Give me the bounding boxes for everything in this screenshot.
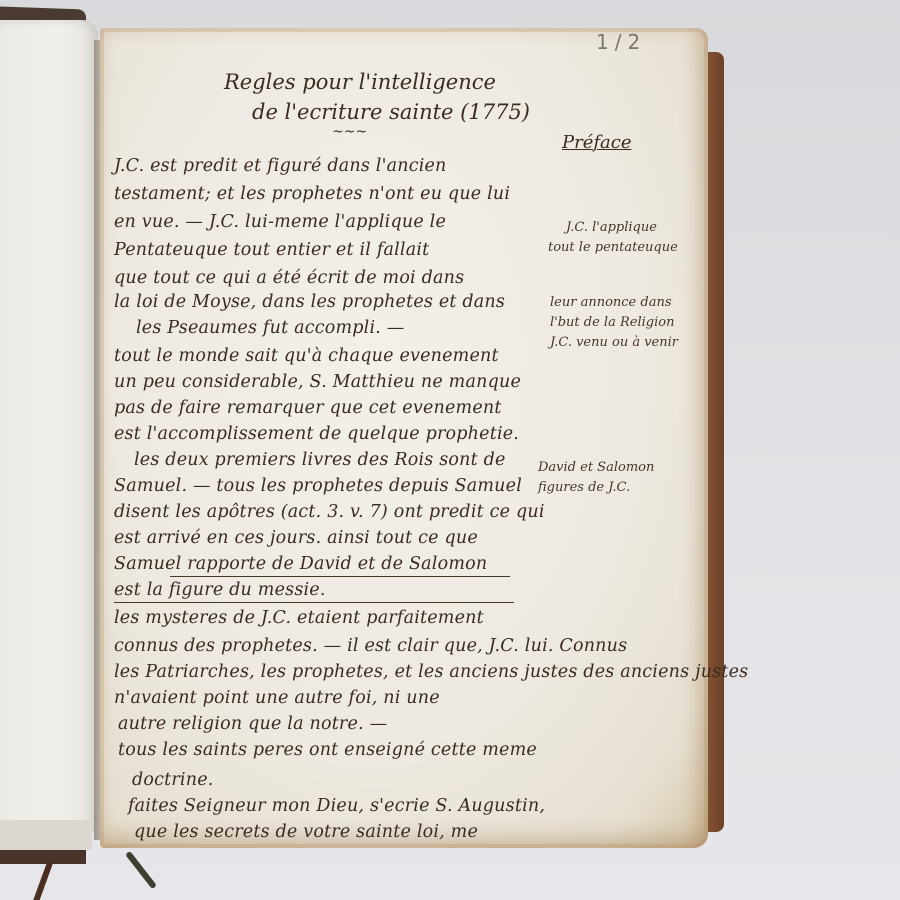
margin-note-line: J.C. venu ou à venir: [550, 335, 678, 350]
body-line: en vue. — J.C. lui-meme l'applique le: [114, 212, 446, 232]
title-ornament: ~~~: [332, 124, 367, 140]
left-blank-page: [0, 20, 98, 832]
body-line: autre religion que la notre. —: [118, 714, 387, 734]
body-line: pas de faire remarquer que cet evenement: [114, 398, 502, 418]
body-line: disent les apôtres (act. 3. v. 7) ont pr…: [114, 502, 545, 522]
margin-note-line: l'but de la Religion: [550, 315, 674, 330]
underline-rule: [114, 602, 514, 603]
left-page-bottom-edge: [0, 820, 92, 850]
body-line: J.C. est predit et figuré dans l'ancien: [114, 156, 447, 176]
body-line: que tout ce qui a été écrit de moi dans: [114, 268, 464, 288]
body-line: la loi de Moyse, dans les prophetes et d…: [114, 292, 505, 312]
body-line: Pentateuque tout entier et il fallait: [114, 240, 429, 260]
body-line: connus des prophetes. — il est clair que…: [114, 636, 627, 656]
underline-rule: [170, 576, 510, 577]
body-line: Samuel rapporte de David et de Salomon: [114, 554, 487, 574]
body-line: les mysteres de J.C. etaient parfaitemen…: [114, 608, 484, 628]
title-line-1: Regles pour l'intelligence: [224, 70, 496, 94]
body-line: faites Seigneur mon Dieu, s'ecrie S. Aug…: [128, 796, 545, 816]
margin-note-line: figures de J.C.: [538, 480, 630, 495]
body-line: testament; et les prophetes n'ont eu que…: [114, 184, 510, 204]
margin-heading-preface: Préface: [562, 132, 632, 153]
body-line: tous les saints peres ont enseigné cette…: [118, 740, 537, 760]
body-line: doctrine.: [132, 770, 214, 790]
body-line: est la figure du messie.: [114, 580, 326, 600]
body-line: les deux premiers livres des Rois sont d…: [134, 450, 506, 470]
margin-note-line: J.C. l'applique: [566, 220, 657, 235]
body-line: que les secrets de votre sainte loi, me: [134, 822, 478, 842]
body-line: un peu considerable, S. Matthieu ne manq…: [114, 372, 521, 392]
margin-note-line: leur annonce dans: [550, 295, 672, 310]
body-line: Samuel. — tous les prophetes depuis Samu…: [114, 476, 522, 496]
left-cover-bottom-edge: [0, 850, 86, 864]
body-line: n'avaient point une autre foi, ni une: [114, 688, 440, 708]
title-line-2: de l'ecriture sainte (1775): [252, 100, 530, 124]
body-line: les Patriarches, les prophetes, et les a…: [114, 662, 748, 682]
folio-number: 1/2: [596, 30, 646, 54]
body-line: tout le monde sait qu'à chaque evenement: [114, 346, 499, 366]
body-line: est arrivé en ces jours. ainsi tout ce q…: [114, 528, 478, 548]
margin-note-line: tout le pentateuque: [548, 240, 678, 255]
margin-note-line: David et Salomon: [538, 460, 654, 475]
body-line: les Pseaumes fut accompli. —: [136, 318, 404, 338]
body-line: est l'accomplissement de quelque prophet…: [114, 424, 519, 444]
